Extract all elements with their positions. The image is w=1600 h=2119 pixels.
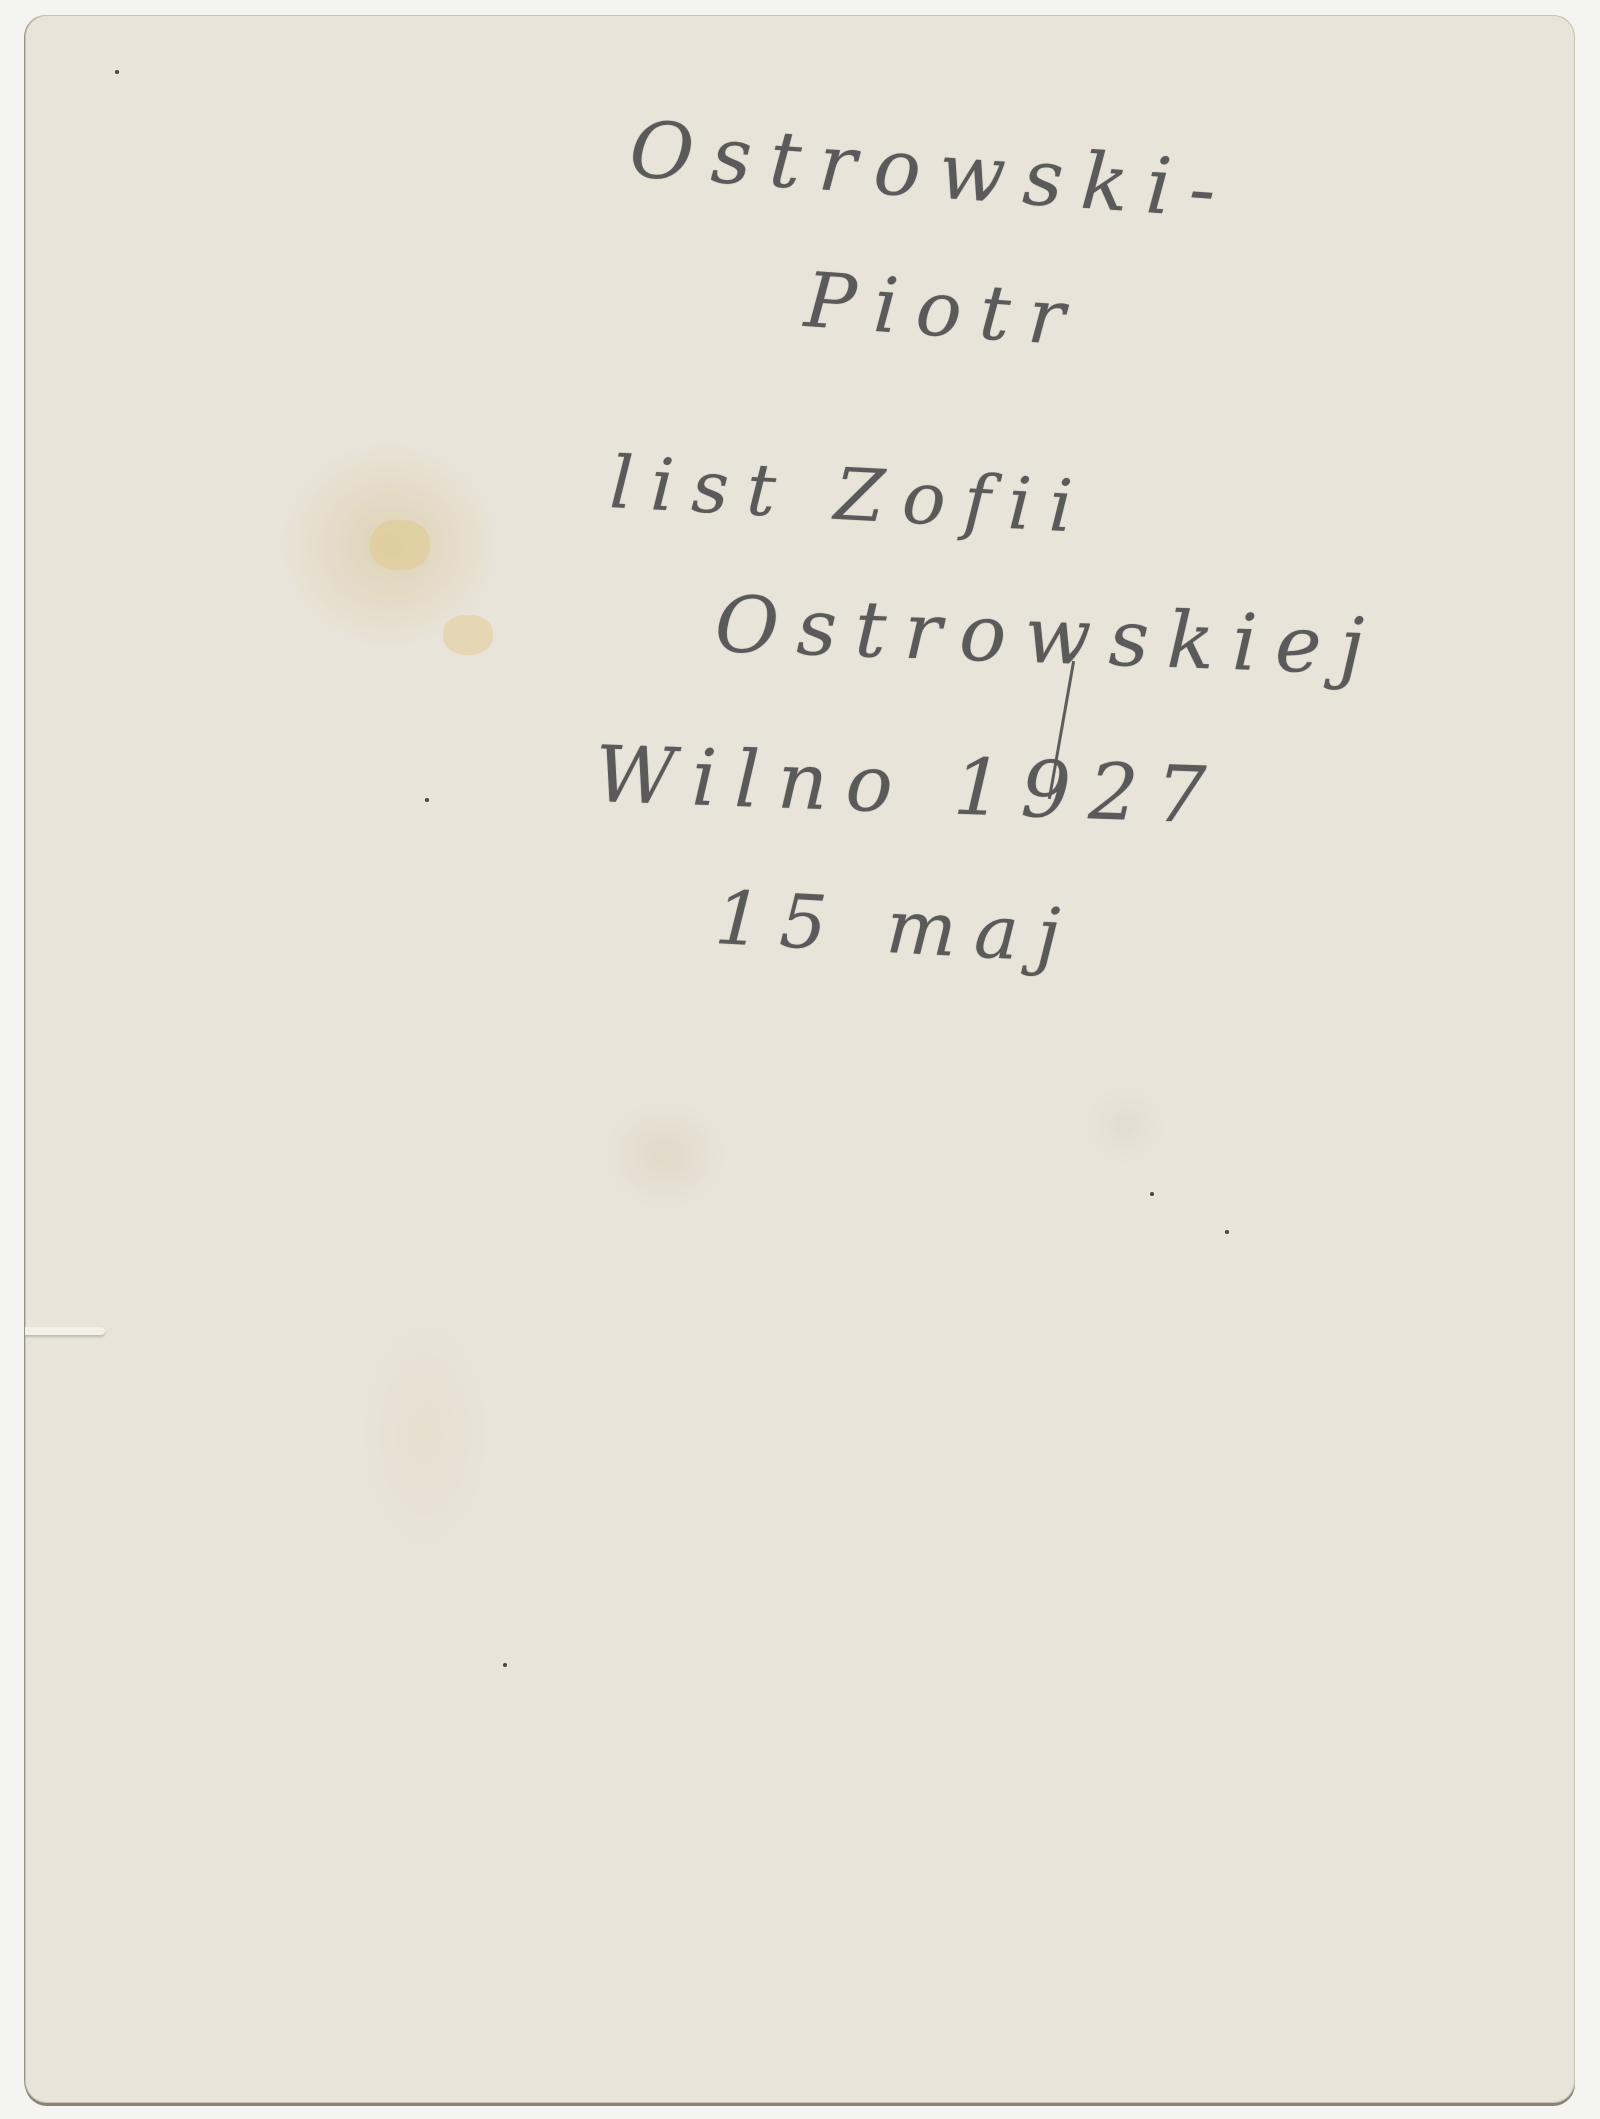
speck [503, 1663, 507, 1667]
stain-spot [443, 615, 493, 655]
speck [1225, 1230, 1229, 1234]
inscription-line-1: Ostrowski- [627, 105, 1237, 237]
inscription-line-6: 15 maj [713, 875, 1080, 980]
speck [115, 70, 119, 74]
stain-spot [370, 520, 430, 570]
inscription-line-2: Piotr [802, 255, 1086, 363]
speck [1150, 1192, 1154, 1196]
edge-tear [25, 1327, 105, 1335]
inscription-line-4: Ostrowskiej [713, 580, 1383, 693]
speck [425, 798, 429, 802]
inscription-line-5: Wilno 1927 [593, 730, 1225, 842]
inscription-line-3: list Zofii [608, 440, 1093, 549]
photo-card-back: Ostrowski- Piotr list Zofii Ostrowskiej … [25, 15, 1575, 2103]
